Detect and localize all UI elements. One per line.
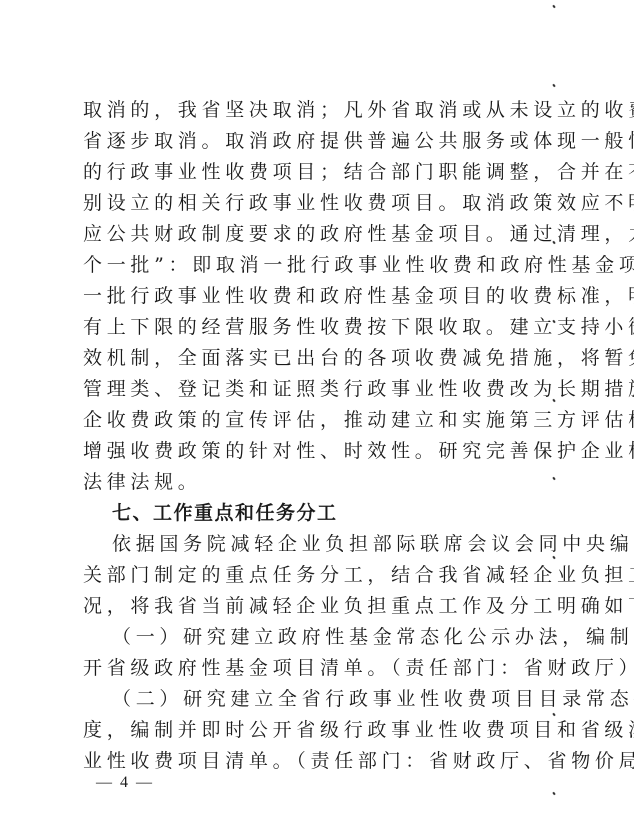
text-line: 增强收费政策的针对性、时效性。研究完善保护企业权益的相关 [83, 436, 539, 467]
text-line: 省逐步取消。取消政府提供普遍公共服务或体现一般性管理职能 [83, 126, 539, 157]
text-line: 取消的，我省坚决取消；凡外省取消或从未设立的收费项目，我 [83, 95, 539, 126]
list-item-1-line: （一）研究建立政府性基金常态化公示办法，编制并即时公 [83, 622, 539, 653]
text-line: 关部门制定的重点任务分工，结合我省减轻企业负担工作实际情 [83, 560, 539, 591]
list-item-2-line: 业性收费项目清单。（责任部门：省财政厅、省物价局） [83, 746, 539, 777]
text-line: 况，将我省当前减轻企业负担重点工作及分工明确如下： [83, 591, 539, 622]
list-item-1-line: 开省级政府性基金项目清单。（责任部门：省财政厅） [83, 653, 539, 684]
text-line: 应公共财政制度要求的政府性基金项目。通过清理，力争做到“三 [83, 219, 539, 250]
list-item-2-line: （二）研究建立全省行政事业性收费项目目录常态化公示制 [83, 684, 539, 715]
scan-speck [552, 477, 555, 481]
text-line: 一批行政事业性收费和政府性基金项目的收费标准，明确一批设 [83, 281, 539, 312]
scan-speck [552, 84, 555, 88]
document-page: 取消的，我省坚决取消；凡外省取消或从未设立的收费项目，我 省逐步取消。取消政府提… [0, 0, 634, 819]
page-number: — 4 — [96, 774, 154, 792]
text-line: 有上下限的经营服务性收费按下限收取。建立支持小微企业的长 [83, 312, 539, 343]
text-line: 别设立的相关行政事业性收费项目。取消政策效应不明显、不适 [83, 188, 539, 219]
text-line: 个一批”：即取消一批行政事业性收费和政府性基金项目，降低 [83, 250, 539, 281]
scan-speck [552, 5, 555, 9]
paragraph-start-line: 依据国务院减轻企业负担部际联席会议会同中央编办等有 [83, 529, 539, 560]
section-heading: 七、工作重点和任务分工 [83, 498, 539, 529]
text-line: 企收费政策的宣传评估，推动建立和实施第三方评估机制，切实 [83, 405, 539, 436]
document-body: 取消的，我省坚决取消；凡外省取消或从未设立的收费项目，我 省逐步取消。取消政府提… [83, 95, 539, 777]
list-item-2-line: 度，编制并即时公开省级行政事业性收费项目和省级涉企行政事 [83, 715, 539, 746]
text-line: 的行政事业性收费项目；结合部门职能调整，合并在不同部门分 [83, 157, 539, 188]
scan-speck [552, 792, 555, 796]
text-line: 法律法规。 [83, 467, 539, 498]
text-line: 管理类、登记类和证照类行政事业性收费改为长期措施。加强涉 [83, 374, 539, 405]
text-line: 效机制，全面落实已出台的各项收费减免措施，将暂免小微企业 [83, 343, 539, 374]
